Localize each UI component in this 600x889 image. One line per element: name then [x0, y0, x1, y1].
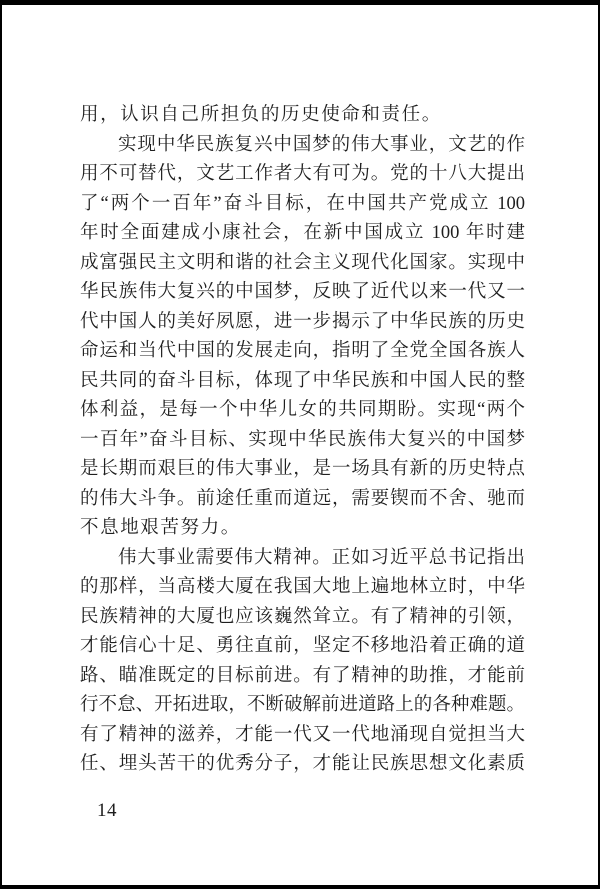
page-number: 14: [97, 796, 117, 825]
book-page: 用，认识自己所担负的历史使命和责任。 实现中华民族复兴中国梦的伟大事业，文艺的作…: [0, 0, 600, 889]
text-line: 行不怠、开拓进取，不断破解前进道路上的各种难题。: [80, 691, 525, 721]
text-line: 路、瞄准既定的目标前进。有了精神的助推，才能前: [80, 662, 525, 692]
body-text: 用，认识自己所担负的历史使命和责任。 实现中华民族复兴中国梦的伟大事业，文艺的作…: [80, 101, 525, 780]
text-line: 不息地艰苦努力。: [80, 514, 525, 544]
text-line: 任、埋头苦干的优秀分子，才能让民族思想文化素质: [80, 750, 525, 780]
text-line: 华民族伟大复兴的中国梦，反映了近代以来一代又一: [80, 278, 525, 308]
text-line: 民族精神的大厦也应该巍然耸立。有了精神的引领，: [80, 603, 525, 633]
text-line: 实现中华民族复兴中国梦的伟大事业，文艺的作: [80, 131, 525, 161]
text-line: 用不可替代，文艺工作者大有可为。党的十八大提出: [80, 160, 525, 190]
text-line: 是长期而艰巨的伟大事业，是一场具有新的历史特点: [80, 455, 525, 485]
text-line: 了“两个一百年”奋斗目标，在中国共产党成立 100: [80, 190, 525, 220]
text-line: 用，认识自己所担负的历史使命和责任。: [80, 101, 525, 131]
text-line: 体利益，是每一个中华儿女的共同期盼。实现“两个: [80, 396, 525, 426]
text-line: 伟大事业需要伟大精神。正如习近平总书记指出: [80, 544, 525, 574]
text-line: 成富强民主文明和谐的社会主义现代化国家。实现中: [80, 249, 525, 279]
text-line: 命运和当代中国的发展走向，指明了全党全国各族人: [80, 337, 525, 367]
text-line: 有了精神的滋养，才能一代又一代地涌现自觉担当大: [80, 721, 525, 751]
text-line: 的那样，当高楼大厦在我国大地上遍地林立时，中华: [80, 573, 525, 603]
text-line: 一百年”奋斗目标、实现中华民族伟大复兴的中国梦: [80, 426, 525, 456]
text-line: 才能信心十足、勇往直前，坚定不移地沿着正确的道: [80, 632, 525, 662]
text-line: 的伟大斗争。前途任重而道远，需要锲而不舍、驰而: [80, 485, 525, 515]
text-line: 年时全面建成小康社会，在新中国成立 100 年时建: [80, 219, 525, 249]
text-line: 民共同的奋斗目标，体现了中华民族和中国人民的整: [80, 367, 525, 397]
text-line: 代中国人的美好夙愿，进一步揭示了中华民族的历史: [80, 308, 525, 338]
